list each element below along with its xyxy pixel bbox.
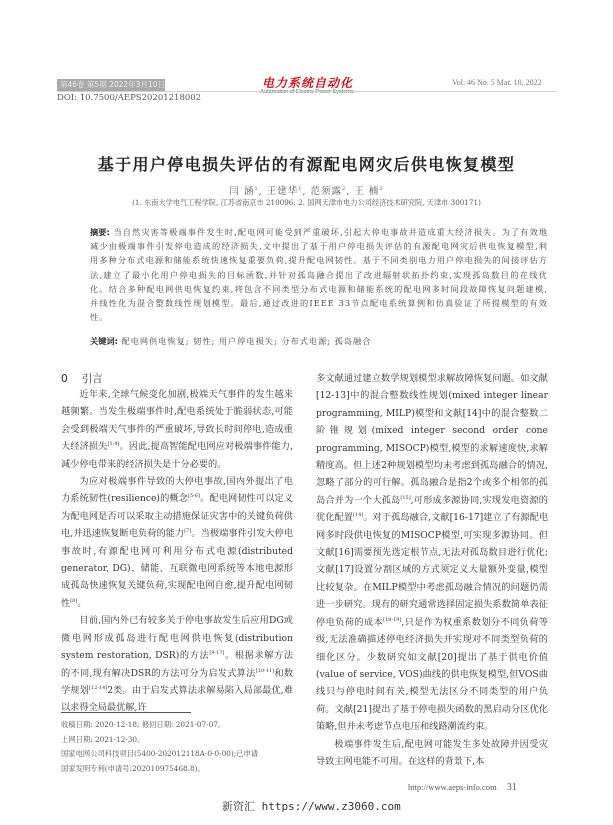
journal-name-en: Automation of Electric Power Systems: [252, 89, 362, 95]
author-affil-mark: 2: [342, 186, 346, 192]
paragraph: 极端事件发生后,配电网可能发生多处故障并因受灾导致主网电能不可用。在这样的背景下…: [316, 736, 548, 771]
article-title: 基于用户停电损失评估的有源配电网灾后供电恢复模型: [0, 152, 613, 175]
section-number: 0: [61, 373, 68, 385]
section-heading: 0引言: [61, 371, 103, 386]
author-name: 王 楠: [354, 186, 379, 197]
paragraph: 为应对极端事件导致的大停电事故,国内外提出了电力系统韧性(resilience)…: [61, 473, 293, 612]
watermark: 新资汇 https://www.z3060.com: [222, 798, 401, 814]
paragraph-text: 多文献通过建立数学规划模型求解故障恢复问题。如文献[12-13]中的混合整数线性…: [316, 373, 548, 506]
affiliations: (1. 东南大学电气工程学院, 江苏省南京市 210096; 2. 国网天津市电…: [0, 198, 613, 208]
section-title: 引言: [82, 373, 103, 385]
doi: DOI: 10.7500/AEPS20201218002: [57, 93, 201, 103]
abstract: 摘要: 当自然灾害等极端事件发生时,配电网可能受到严重破坏,引起大停电事故并造成…: [90, 225, 548, 324]
citation: [1-4]: [108, 441, 120, 447]
author-affil-mark: 2: [379, 186, 383, 192]
issue-badge: 第46卷 第5期 2022年3月10日: [57, 79, 165, 91]
citation: [10-11]: [256, 667, 274, 673]
citation: [18-19]: [383, 617, 401, 623]
citation: [9-17]: [209, 650, 224, 656]
fund-info: 国家电网公司科技项目(5400-202012118A-0-0-00);已申请: [61, 747, 301, 762]
author-name: 王建华: [267, 186, 299, 197]
page-footer: http://www.aeps-info.com31: [408, 782, 517, 793]
citation: [12-14]: [89, 685, 107, 691]
keywords-label: 关键词:: [90, 336, 118, 346]
paragraph: 目前,国内外已有较多关于停电事故发生后应用DG或微电网形成孤岛进行配电网供电恢复…: [61, 612, 293, 716]
footnote-divider: [61, 712, 191, 713]
citation: [14]: [353, 512, 363, 518]
citation: [15]: [400, 495, 410, 501]
author-name: 闫 涵: [230, 186, 255, 197]
paragraph: 多文献通过建立数学规划模型求解故障恢复问题。如文献[12-13]中的混合整数线性…: [316, 370, 548, 736]
paragraph-text: ,只是作为权重系数划分不同负荷等级,无法准确描述停电经济损失并实现对不同类型负荷…: [316, 617, 548, 732]
footnotes: 收稿日期: 2020-12-18; 修回日期: 2021-07-07。 上网日期…: [61, 718, 301, 776]
abstract-text: 当自然灾害等极端事件发生时,配电网可能受到严重破坏,引起大停电事故并造成重大经济…: [90, 227, 548, 322]
journal-url[interactable]: http://www.aeps-info.com: [408, 782, 497, 792]
left-column: 近年来,全球气候变化加剧,极端天气事件的发生越来越频繁。当发生极端事件时,配电系…: [61, 386, 293, 717]
keywords-text: 配电网供电恢复; 韧性; 用户停电损失; 分布式电源; 孤岛融合: [121, 336, 371, 346]
author-affil-mark: 1: [298, 186, 302, 192]
online-date: 上网日期: 2021-12-30。: [61, 733, 301, 748]
paragraph-text: 。: [77, 598, 86, 609]
received-date: 收稿日期: 2020-12-18; 修回日期: 2021-07-07。: [61, 718, 301, 733]
author-affil-mark: 1: [255, 186, 259, 192]
paragraph-text: 。对于孤岛融合,文献[16-17]建立了有源配电网多时段供电恢复的MISOCP模…: [316, 512, 548, 627]
patent-info: 国家发明专利(申请号:202010975468.8)。: [61, 762, 301, 777]
author-name: 范须露: [311, 186, 343, 197]
volume-info: Vol. 46 No. 5 Mar. 10, 2022: [452, 78, 542, 87]
abstract-label: 摘要:: [90, 227, 110, 237]
right-column: 多文献通过建立数学规划模型求解故障恢复问题。如文献[12-13]中的混合整数线性…: [316, 370, 548, 770]
citation: [5-6]: [188, 493, 200, 499]
header-divider: [57, 91, 557, 92]
author-list: 闫 涵1, 王建华1, 范须露2, 王 楠2: [0, 183, 613, 197]
paragraph-text: 。当极端事件引发大停电事故时,有源配电网可利用分布式电源(distributed…: [61, 528, 293, 609]
paragraph: 近年来,全球气候变化加剧,极端天气事件的发生越来越频繁。当发生极端事件时,配电系…: [61, 386, 293, 473]
page-number: 31: [507, 782, 517, 793]
keywords: 关键词: 配电网供电恢复; 韧性; 用户停电损失; 分布式电源; 孤岛融合: [90, 336, 548, 347]
